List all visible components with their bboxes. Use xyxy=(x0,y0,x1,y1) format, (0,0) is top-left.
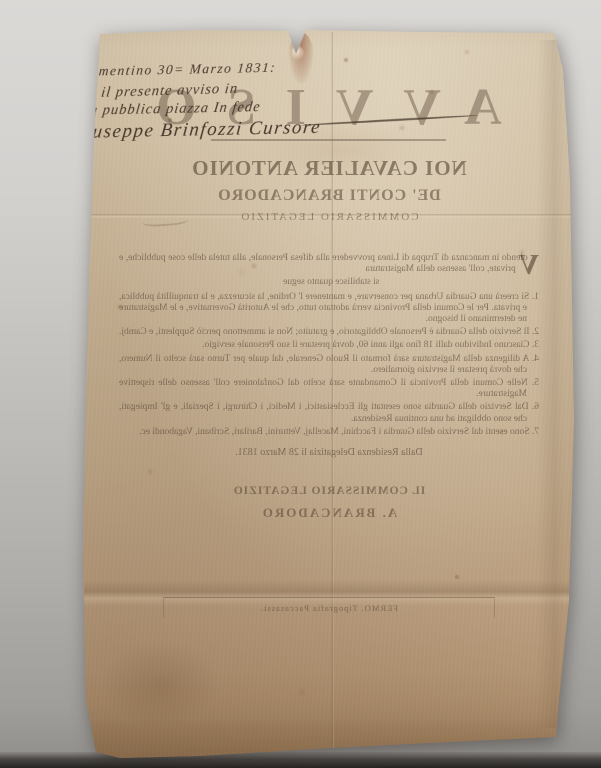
notice-heading-office: COMMISSARIO LEGATIZIO xyxy=(88,211,570,223)
notice-clause: 7. Sono esenti dal Servizio della Guardi… xyxy=(119,427,539,438)
notice-clause: 6. Dal Servizio della Guardia sono esent… xyxy=(119,402,539,424)
notice-heading-family: DE' CONTI BRANCADORO xyxy=(88,187,570,205)
handwritten-annotation: c. clementino 30= Marzo 1831: affisso il… xyxy=(51,56,473,145)
paper-tear-chip xyxy=(292,46,304,60)
notice-clause: 3. Ciascuno Individuo dalli 18 fino agli… xyxy=(119,340,539,351)
signature-name: A. BRANCADORO xyxy=(88,505,570,521)
intro-text: olendo in mancanza di Truppa di Linea pr… xyxy=(119,253,528,274)
notice-heading-name: NOI CAVALIER ANTONIO xyxy=(88,156,570,181)
aged-paper-sheet: AVVISO NOI CAVALIER ANTONIO DE' CONTI BR… xyxy=(0,0,601,768)
printed-notice-showthrough: AVVISO NOI CAVALIER ANTONIO DE' CONTI BR… xyxy=(88,82,570,618)
intro-paragraph: Volendo in mancanza di Truppa di Linea p… xyxy=(119,253,539,275)
signature-role: IL COMMISSARIO LEGATIZIO xyxy=(88,485,570,497)
printer-imprint-frame: FERMO. Tipografia Paccasassi. xyxy=(163,597,495,618)
notice-clause: 5. Nelle Comuni della Provincia il Coman… xyxy=(119,378,539,400)
notice-clause: 1. Si creerà una Guardia Urbana per cons… xyxy=(119,292,539,326)
printer-imprint: FERMO. Tipografia Paccasassi. xyxy=(260,603,398,613)
stain-bottom-left xyxy=(100,640,220,730)
notice-body: Volendo in mancanza di Truppa di Linea p… xyxy=(119,253,539,438)
notice-dateline: Dalla Residenza Delegatizia li 28 Marzo … xyxy=(88,447,570,458)
paper-wrapper: AVVISO NOI CAVALIER ANTONIO DE' CONTI BR… xyxy=(0,0,601,768)
intro-closing-line: si stabilisce quanto segue xyxy=(119,277,539,288)
notice-clause: 2. Il Servizio della Guardia è Personale… xyxy=(119,327,539,338)
notice-clause: 4. A diligenza della Magistratura sarà f… xyxy=(119,354,539,376)
foxing-specks xyxy=(0,0,4,4)
